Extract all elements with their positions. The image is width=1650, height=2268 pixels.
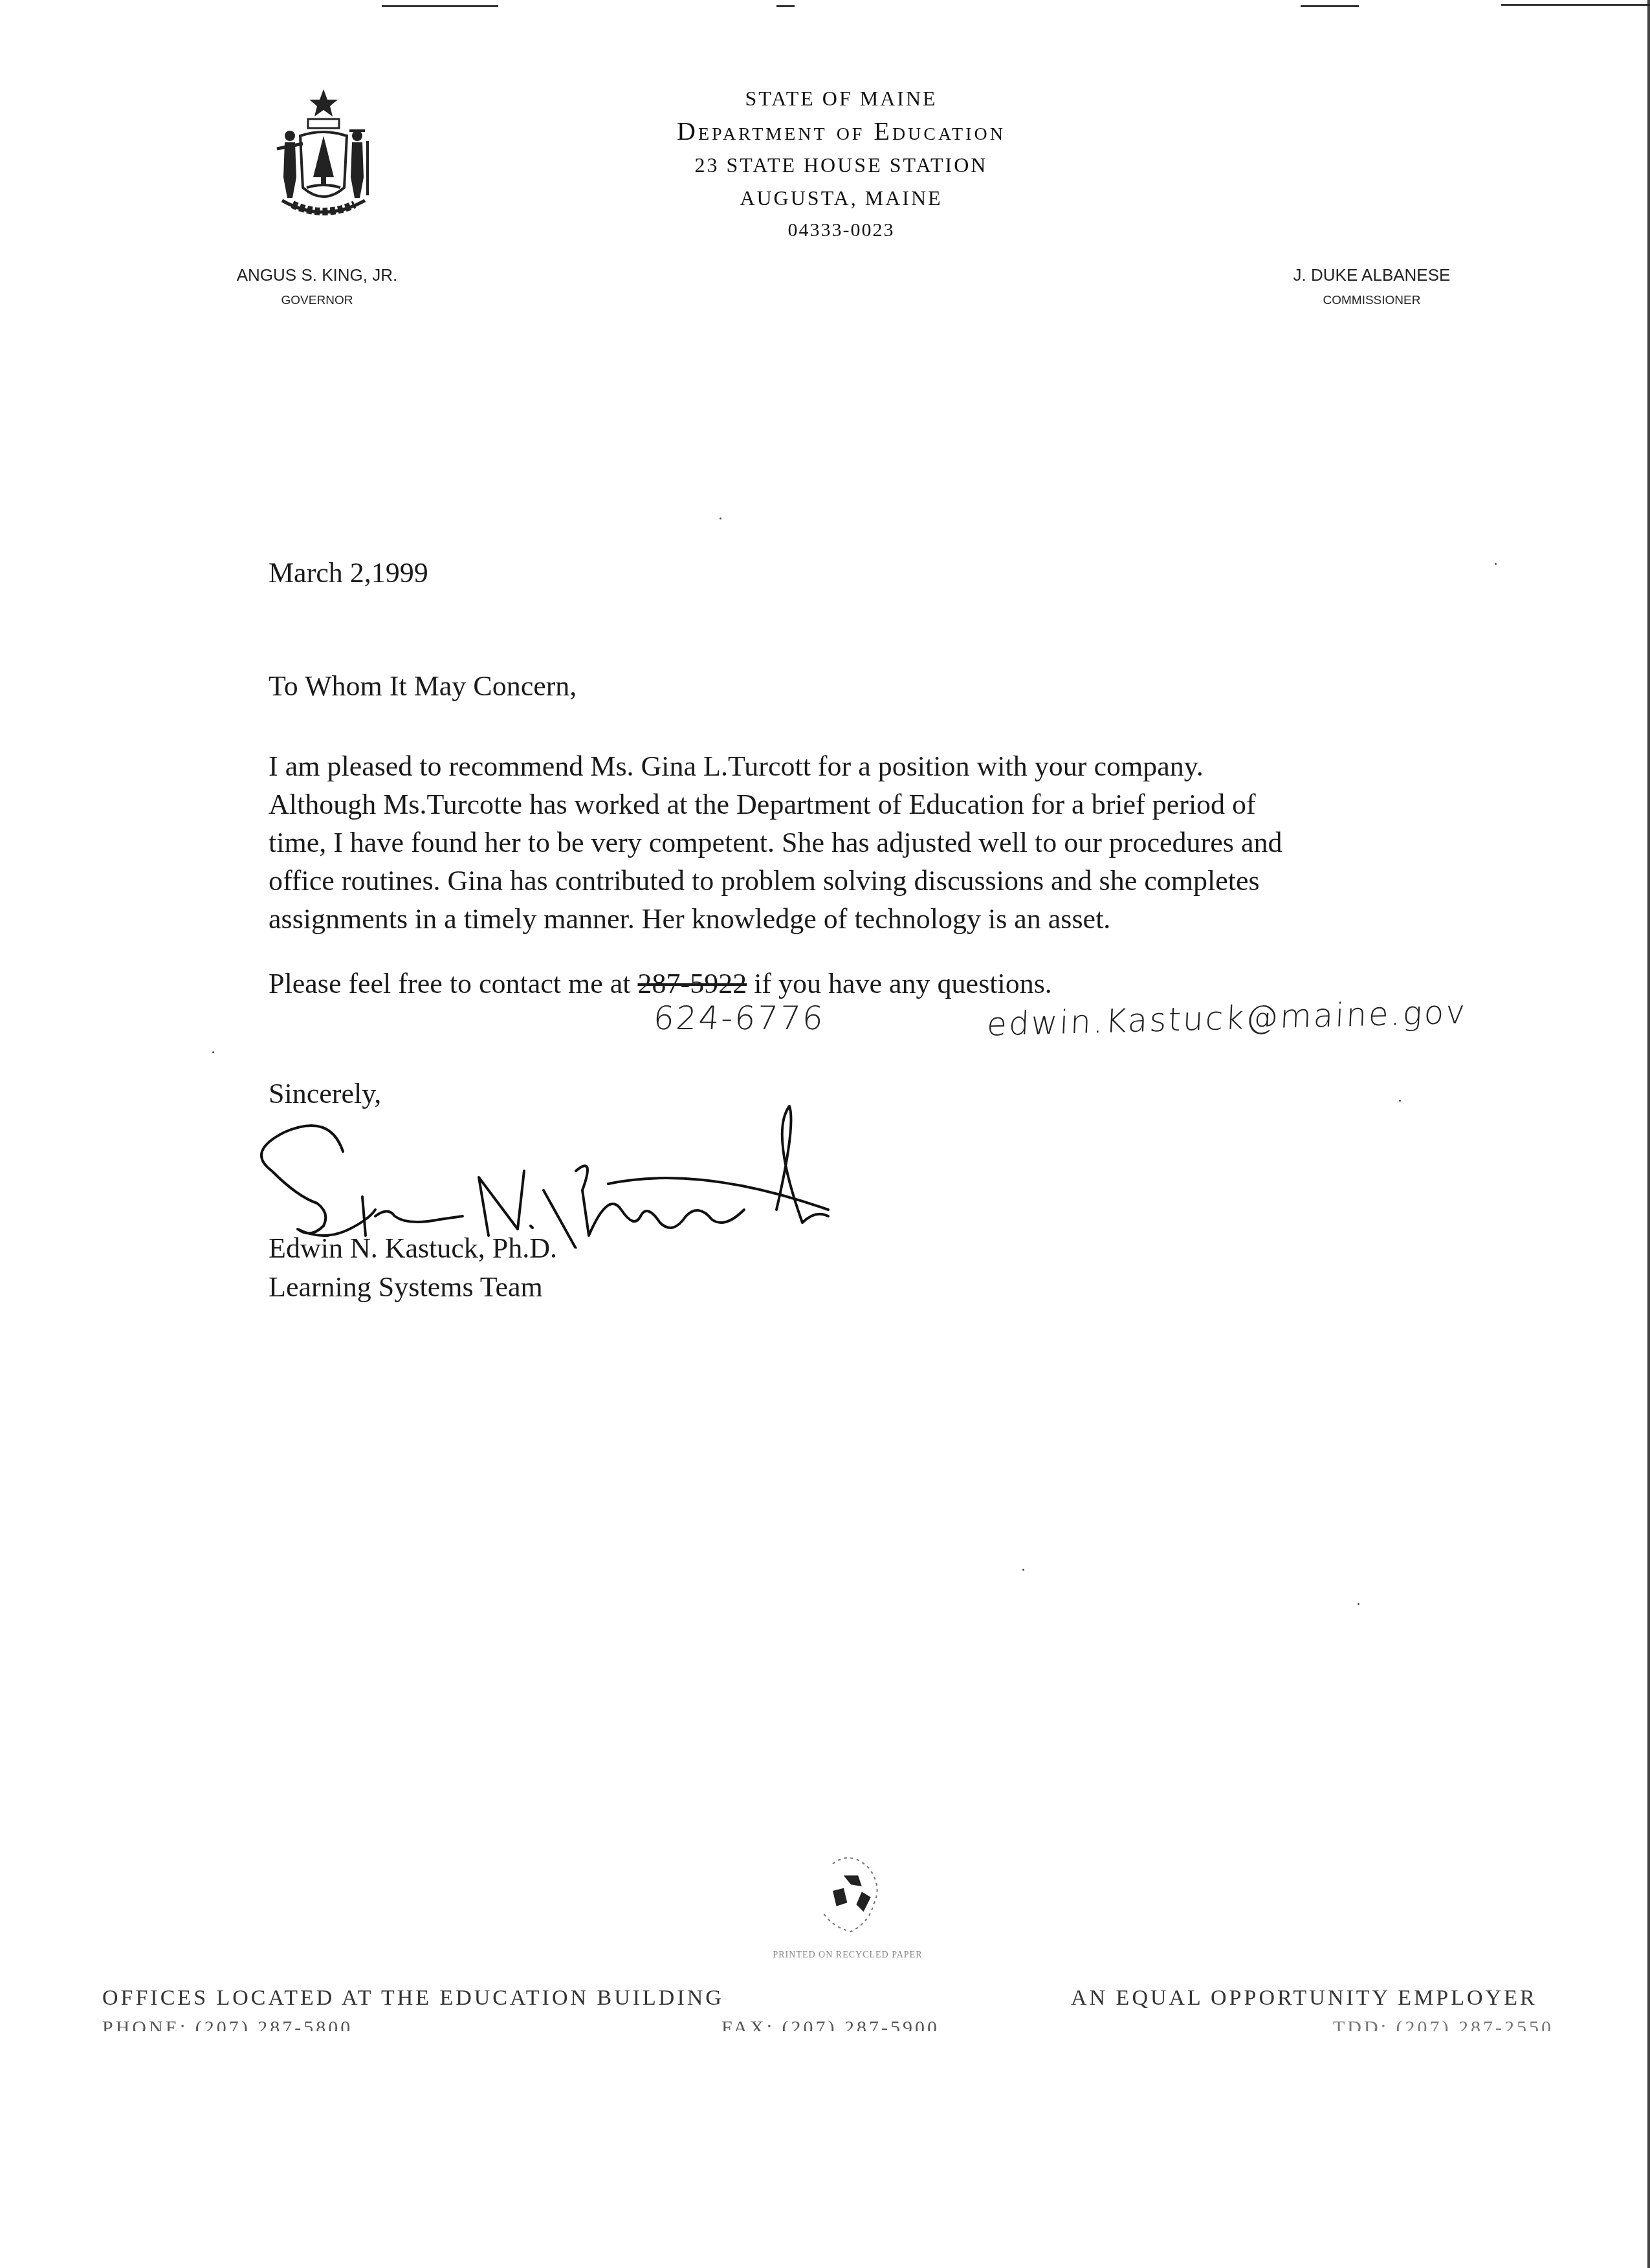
maine-state-seal-icon (259, 84, 388, 226)
commissioner-name: J. DUKE ALBANESE (1262, 262, 1482, 288)
footer-offices: OFFICES LOCATED AT THE EDUCATION BUILDIN… (102, 1986, 724, 2011)
body-line: time, I have found her to be very compet… (269, 823, 1498, 862)
scan-artifact (1501, 4, 1650, 6)
body-line: assignments in a timely manner. Her know… (269, 900, 1498, 938)
body-line: office routines. Gina has contributed to… (269, 862, 1498, 900)
governor-block: ANGUS S. KING, JR. GOVERNOR (220, 262, 414, 314)
salutation: To Whom It May Concern, (269, 670, 577, 703)
footer-fax: FAX: (207) 287-5900 (721, 2017, 940, 2031)
letter-page: STATE OF MAINE Department of Education 2… (0, 0, 1650, 2268)
scan-speck (720, 518, 721, 519)
contact-prefix: Please feel free to contact me at (269, 968, 637, 999)
handwritten-email: edwin.Kastuck@maine.gov (986, 993, 1468, 1043)
signature-icon (246, 1100, 906, 1248)
signer-block: Edwin N. Kastuck, Ph.D. Learning Systems… (269, 1229, 557, 1307)
letterhead-address: 23 STATE HOUSE STATION (582, 149, 1100, 181)
contact-line: Please feel free to contact me at 287-59… (269, 967, 1052, 1000)
governor-name: ANGUS S. KING, JR. (220, 262, 414, 288)
scan-speck (1399, 1100, 1401, 1102)
body-line: Although Ms.Turcotte has worked at the D… (269, 785, 1498, 823)
governor-title: GOVERNOR (220, 288, 414, 314)
signer-name: Edwin N. Kastuck, Ph.D. (269, 1229, 557, 1268)
scan-artifact (382, 5, 498, 7)
letterhead: STATE OF MAINE Department of Education 2… (582, 83, 1100, 246)
letterhead-city: AUGUSTA, MAINE (582, 181, 1100, 215)
struck-phone-number: 287-5922 (637, 968, 747, 999)
scan-edge (1647, 0, 1650, 2268)
letter-date: March 2,1999 (269, 556, 428, 589)
letterhead-state: STATE OF MAINE (582, 83, 1100, 114)
scan-artifact (776, 5, 795, 7)
scan-speck (1022, 1569, 1024, 1571)
scan-speck (1495, 563, 1497, 565)
scan-artifact (1301, 5, 1359, 7)
body-line: I am pleased to recommend Ms. Gina L.Tur… (269, 747, 1498, 785)
letterhead-zip: 04333-0023 (582, 215, 1100, 246)
contact-suffix: if you have any questions. (747, 968, 1052, 999)
letter-body: I am pleased to recommend Ms. Gina L.Tur… (269, 747, 1498, 938)
footer-equal-opportunity: AN EQUAL OPPORTUNITY EMPLOYER (1071, 1986, 1537, 2011)
footer-phone: PHONE: (207) 287-5800 (102, 2017, 353, 2031)
handwritten-phone: 624-6776 (652, 999, 826, 1037)
footer-tdd: TDD: (207) 287-2550 (1333, 2017, 1554, 2031)
recycle-icon (806, 1850, 896, 1941)
recycle-label: PRINTED ON RECYCLED PAPER (751, 1950, 945, 1961)
scan-speck (1358, 1603, 1359, 1605)
letterhead-department: Department of Education (582, 114, 1100, 149)
scan-speck (212, 1051, 214, 1053)
signer-team: Learning Systems Team (269, 1268, 557, 1307)
commissioner-block: J. DUKE ALBANESE COMMISSIONER (1262, 262, 1482, 314)
commissioner-title: COMMISSIONER (1262, 288, 1482, 314)
